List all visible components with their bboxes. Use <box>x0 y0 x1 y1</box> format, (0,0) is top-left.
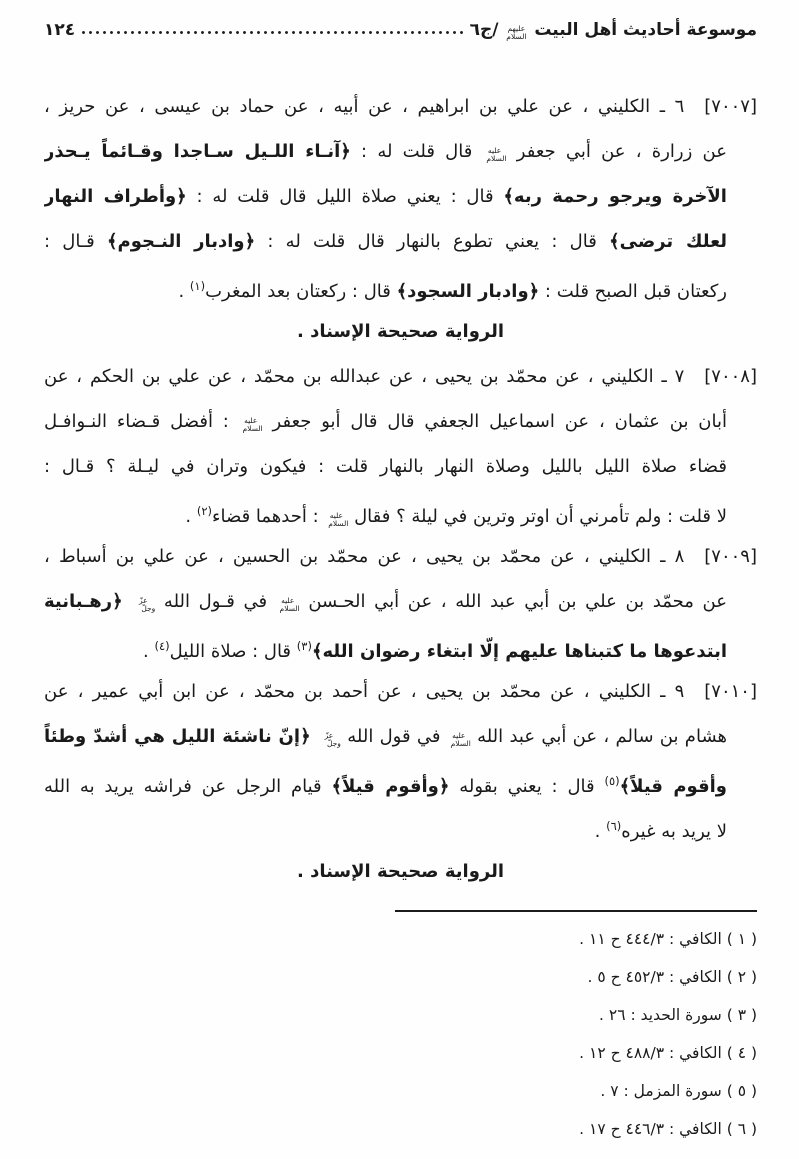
footnote-marker: (١) <box>190 279 205 293</box>
grading-line: الرواية صحيحة الإسناد . <box>44 849 757 894</box>
honorific-symbol: عزّ وجلّ <box>131 597 155 613</box>
hadith-number: [٧٠٠٨] <box>704 366 757 387</box>
page-number: ١٢٤ <box>44 20 75 40</box>
text-line: وأقوم قيلاً﴾(٥) قال : يعني بقوله ﴿وأقوم … <box>44 759 757 804</box>
text-run: قال : صلاة الليل <box>170 641 297 662</box>
honorific-symbol: عليه السلام <box>239 417 263 433</box>
running-title: موسوعة أحاديث أهل البيت عليهم السلام /ج٦ <box>470 20 757 41</box>
hadith-entry: [٧٠٠٩]٨ ـ الكليني ، عن محمّد بن يحيى ، ع… <box>44 534 757 669</box>
quran-quote: ﴿وادبار النـجوم﴾ <box>107 231 255 252</box>
text-run: ٦ ـ الكليني ، عن علي بن ابراهيم ، عن أبي… <box>44 96 684 117</box>
text-line: ركعتان قبل الصبح قلت : ﴿وادبار السجود﴾ ق… <box>44 264 757 309</box>
quran-quote: ﴿وادبار السجود﴾ <box>397 281 540 302</box>
footnote-line: ( ١ ) الكافي : ٤٤٤/٣ ح ١١ . <box>44 920 757 958</box>
text-run: ركعتان قبل الصبح قلت : <box>539 281 727 302</box>
book-title: موسوعة أحاديث أهل البيت <box>534 20 757 40</box>
text-run: . <box>178 281 189 302</box>
text-run: . <box>185 506 196 527</box>
text-run: قضاء صلاة الليل بالليل وصلاة النهار بالن… <box>44 456 727 477</box>
text-run: . <box>595 821 606 842</box>
text-run: قال قلت له : <box>351 141 483 162</box>
text-run: في قول الله <box>341 726 447 747</box>
hadith-entry: [٧٠١٠]٩ ـ الكليني ، عن محمّد بن يحيى ، ع… <box>44 669 757 894</box>
text-line: [٧٠١٠]٩ ـ الكليني ، عن محمّد بن يحيى ، ع… <box>44 669 757 714</box>
text-run: قال : ركعتان بعد المغرب <box>205 281 397 302</box>
footnote-line: ( ٤ ) الكافي : ٤٨٨/٣ ح ١٢ . <box>44 1034 757 1072</box>
text-line: ابتدعوها ما كتبناها عليهم إلّا ابتغاء رض… <box>44 624 757 669</box>
footnote-marker: (٤) <box>154 639 169 653</box>
text-run: لا يريد به غيره <box>621 821 727 842</box>
quran-quote: لعلك ترضى﴾ <box>609 231 727 252</box>
text-run <box>123 591 132 612</box>
text-run: قـال : <box>44 231 107 252</box>
text-run: لا قلت : ولم تأمرني أن اوتر وترين في ليل… <box>348 506 727 527</box>
quran-quote: ﴿وأقوم قيلاً﴾ <box>332 776 450 797</box>
footnote-line: ( ٥ ) سورة المزمل : ٧ . <box>44 1072 757 1110</box>
footnote-separator <box>395 910 757 912</box>
hadith-entry: [٧٠٠٧]٦ ـ الكليني ، عن علي بن ابراهيم ، … <box>44 84 757 354</box>
dot-leader <box>80 30 464 35</box>
footnote-marker: (٦) <box>606 819 621 833</box>
quran-quote: وأقوم قيلاً﴾ <box>620 776 727 797</box>
text-run: ٩ ـ الكليني ، عن محمّد بن يحيى ، عن أحمد… <box>44 681 684 702</box>
text-line: لا يريد به غيره(٦) . <box>44 804 757 849</box>
text-line: قضاء صلاة الليل بالليل وصلاة النهار بالن… <box>44 444 757 489</box>
text-run: أبان بن عثمان ، عن اسماعيل الجعفي قال قا… <box>263 411 727 432</box>
footnote-marker: (٥) <box>604 774 619 788</box>
text-line: هشام بن سالم ، عن أبي عبد الله عليه السل… <box>44 714 757 759</box>
footnote-marker: (٢) <box>197 504 212 518</box>
quran-quote: ابتدعوها ما كتبناها عليهم إلّا ابتغاء رض… <box>312 641 727 662</box>
footnote-line: ( ٢ ) الكافي : ٤٥٢/٣ ح ٥ . <box>44 958 757 996</box>
honorific-symbol: عزّ وجلّ <box>317 732 341 748</box>
volume-label: /ج٦ <box>470 20 499 40</box>
footnote-line: ( ٣ ) سورة الحديد : ٢٦ . <box>44 996 757 1034</box>
text-run: : أفضل قـضاء النـوافـل <box>44 411 239 432</box>
text-run: ٧ ـ الكليني ، عن محمّد بن يحيى ، عن عبدا… <box>44 366 684 387</box>
text-run: هشام بن سالم ، عن أبي عبد الله <box>471 726 727 747</box>
text-line: لعلك ترضى﴾ قال : يعني تطوع بالنهار قال ق… <box>44 219 757 264</box>
hadith-number: [٧٠٠٧] <box>704 96 757 117</box>
honorific-symbol: عليه السلام <box>483 147 507 163</box>
text-line: [٧٠٠٩]٨ ـ الكليني ، عن محمّد بن يحيى ، ع… <box>44 534 757 579</box>
hadith-entries: [٧٠٠٧]٦ ـ الكليني ، عن علي بن ابراهيم ، … <box>44 84 757 894</box>
honorific-symbol: عليه السلام <box>324 512 348 528</box>
footnote-marker: (٣) <box>297 639 312 653</box>
text-line: الآخرة ويرجو رحمة ربه﴾ قال : يعني صلاة ا… <box>44 174 757 219</box>
text-run: قال : يعني صلاة الليل قال قلت له : <box>187 186 504 207</box>
footnotes: ( ١ ) الكافي : ٤٤٤/٣ ح ١١ .( ٢ ) الكافي … <box>44 920 757 1148</box>
book-page: موسوعة أحاديث أهل البيت عليهم السلام /ج٦… <box>0 0 799 1159</box>
grading-line: الرواية صحيحة الإسناد . <box>44 309 757 354</box>
text-line: [٧٠٠٨]٧ ـ الكليني ، عن محمّد بن يحيى ، ع… <box>44 354 757 399</box>
text-run: في قـول الله <box>155 591 275 612</box>
text-run: قيام الرجل عن فراشه يريد به الله <box>44 776 332 797</box>
text-run: ٨ ـ الكليني ، عن محمّد بن يحيى ، عن محمّ… <box>44 546 684 567</box>
quran-quote: ﴿وأطراف النهار <box>44 186 187 207</box>
text-run: : أحدهما قضاء <box>212 506 324 527</box>
honorific-symbol: عليه السلام <box>276 597 300 613</box>
honorific-symbol: عليهم السلام <box>504 25 528 41</box>
quran-quote: ﴿إنّ ناشئة الليل هي أشدّ وطئاً <box>44 726 311 747</box>
footnote-line: ( ٦ ) الكافي : ٤٤٦/٣ ح ١٧ . <box>44 1110 757 1148</box>
hadith-number: [٧٠١٠] <box>704 681 757 702</box>
text-line: لا قلت : ولم تأمرني أن اوتر وترين في ليل… <box>44 489 757 534</box>
text-run: قال : يعني تطوع بالنهار قال قلت له : <box>255 231 609 252</box>
hadith-number: [٧٠٠٩] <box>704 546 757 567</box>
text-run: قال : يعني بقوله <box>449 776 604 797</box>
text-run: . <box>143 641 154 662</box>
text-run: عن زرارة ، عن أبي جعفر <box>507 141 727 162</box>
text-line: عن زرارة ، عن أبي جعفر عليه السلام قال ق… <box>44 129 757 174</box>
text-line: [٧٠٠٧]٦ ـ الكليني ، عن علي بن ابراهيم ، … <box>44 84 757 129</box>
quran-quote: الآخرة ويرجو رحمة ربه﴾ <box>503 186 727 207</box>
honorific-symbol: عليه السلام <box>447 732 471 748</box>
text-run: عن محمّد بن علي بن أبي عبد الله ، عن أبي… <box>300 591 727 612</box>
page-header: موسوعة أحاديث أهل البيت عليهم السلام /ج٦… <box>44 20 757 56</box>
hadith-entry: [٧٠٠٨]٧ ـ الكليني ، عن محمّد بن يحيى ، ع… <box>44 354 757 534</box>
text-line: عن محمّد بن علي بن أبي عبد الله ، عن أبي… <box>44 579 757 624</box>
quran-quote: ﴿آنـاء اللـيل سـاجدا وقـائماً يـحذر <box>44 141 351 162</box>
quran-quote: ﴿رهـبانية <box>44 591 123 612</box>
text-line: أبان بن عثمان ، عن اسماعيل الجعفي قال قا… <box>44 399 757 444</box>
